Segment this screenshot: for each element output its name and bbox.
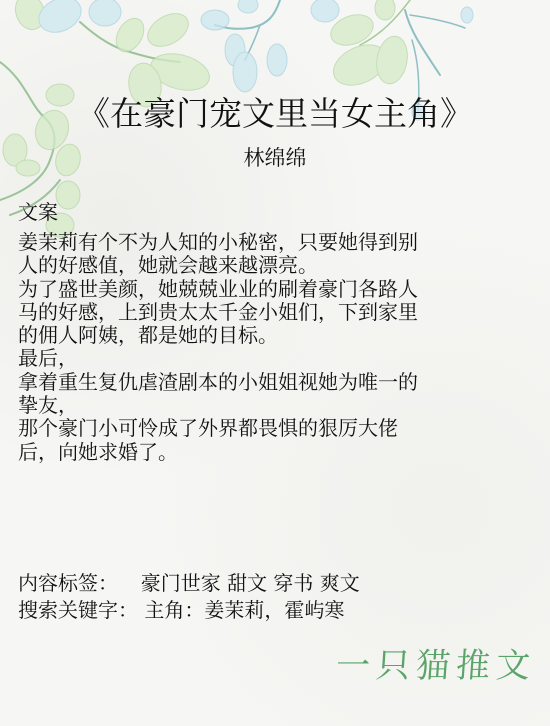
tags-value: 豪门世家 甜文 穿书 爽文: [141, 571, 360, 595]
synopsis-line: 的佣人阿姨，都是她的目标。: [18, 324, 538, 347]
synopsis-line: 拿着重生复仇虐渣剧本的小姐姐视她为唯一的: [18, 371, 538, 394]
synopsis-line: 那个豪门小可怜成了外界都畏惧的狠厉大佬: [18, 417, 538, 440]
book-meta: 内容标签： 豪门世家 甜文 穿书 爽文 搜索关键字： 主角：姜茉莉，霍屿寒: [18, 570, 360, 624]
book-title: 《在豪门宠文里当女主角》: [0, 92, 550, 136]
tags-row: 内容标签： 豪门世家 甜文 穿书 爽文: [18, 570, 360, 597]
keywords-value: 主角：姜茉莉，霍屿寒: [144, 598, 344, 622]
synopsis-line: 最后，: [18, 347, 538, 370]
synopsis-line: 后，向她求婚了。: [18, 441, 538, 464]
synopsis-line: 挚友，: [18, 394, 538, 417]
synopsis-body: 姜茉莉有个不为人知的小秘密，只要她得到别 人的好感值，她就会越来越漂亮。 为了盛…: [18, 231, 538, 464]
tags-label: 内容标签：: [18, 571, 118, 595]
synopsis-label: 文案: [18, 199, 58, 225]
keywords-row: 搜索关键字： 主角：姜茉莉，霍屿寒: [18, 597, 360, 624]
synopsis-line: 人的好感值，她就会越来越漂亮。: [18, 254, 538, 277]
book-author: 林绵绵: [0, 143, 550, 173]
synopsis-line: 为了盛世美颜，她兢兢业业的刷着豪门各路人: [18, 278, 538, 301]
synopsis-line: 姜茉莉有个不为人知的小秘密，只要她得到别: [18, 231, 538, 254]
synopsis-line: 马的好感，上到贵太太千金小姐们，下到家里: [18, 301, 538, 324]
keywords-label: 搜索关键字：: [18, 598, 138, 622]
signature-watermark: 一只猫推文: [334, 644, 537, 688]
